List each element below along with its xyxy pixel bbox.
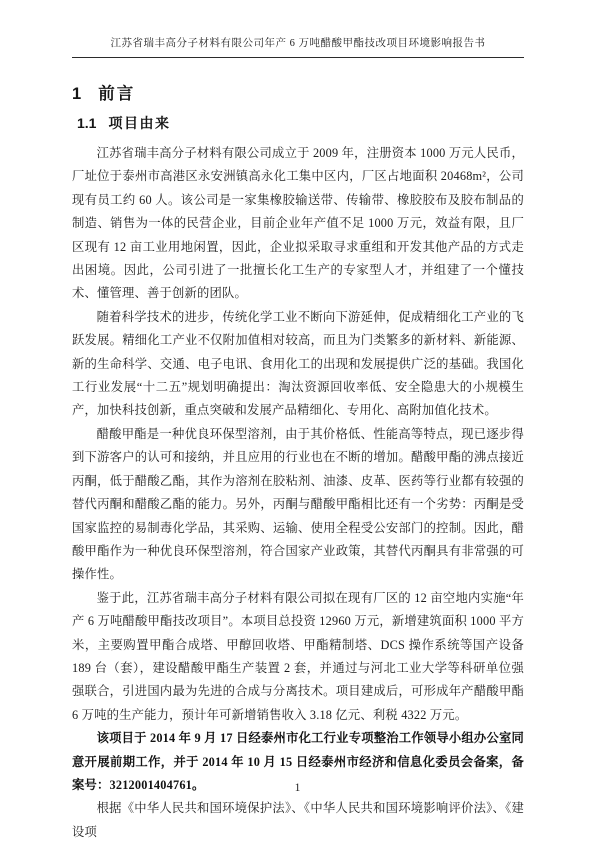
document-content: 1前言 1.1项目由来 江苏省瑞丰高分子材料有限公司成立于 2009 年，注册资… xyxy=(72,84,524,841)
section-heading: 1前言 xyxy=(72,84,524,105)
body-paragraphs: 江苏省瑞丰高分子材料有限公司成立于 2009 年，注册资本 1000 万元人民币… xyxy=(72,142,524,841)
document-page: 江苏省瑞丰高分子材料有限公司年产 6 万吨醋酸甲酯技改项目环境影响报告书 1前言… xyxy=(0,0,595,841)
subsection-number: 1.1 xyxy=(77,114,96,132)
header-rule xyxy=(72,57,524,58)
section-title: 前言 xyxy=(98,85,135,103)
running-header-title: 江苏省瑞丰高分子材料有限公司年产 6 万吨醋酸甲酯技改项目环境影响报告书 xyxy=(72,36,524,51)
paragraph: 随着科学技术的进步，传统化学工业不断向下游延伸，促成精细化工产业的飞跃发展。精细… xyxy=(72,306,524,423)
page-number: 1 xyxy=(0,782,595,794)
subsection-heading: 1.1项目由来 xyxy=(77,114,524,132)
paragraph: 鉴于此，江苏省瑞丰高分子材料有限公司拟在现有厂区的 12 亩空地内实施“年产 6… xyxy=(72,587,524,727)
section-number: 1 xyxy=(72,84,81,105)
paragraph: 根据《中华人民共和国环境保护法》、《中华人民共和国环境影响评价法》、《建设项 xyxy=(72,797,524,841)
paragraph: 醋酸甲酯是一种优良环保型溶剂，由于其价格低、性能高等特点，现已逐步得到下游客户的… xyxy=(72,423,524,587)
subsection-title: 项目由来 xyxy=(108,115,170,131)
paragraph: 江苏省瑞丰高分子材料有限公司成立于 2009 年，注册资本 1000 万元人民币… xyxy=(72,142,524,306)
